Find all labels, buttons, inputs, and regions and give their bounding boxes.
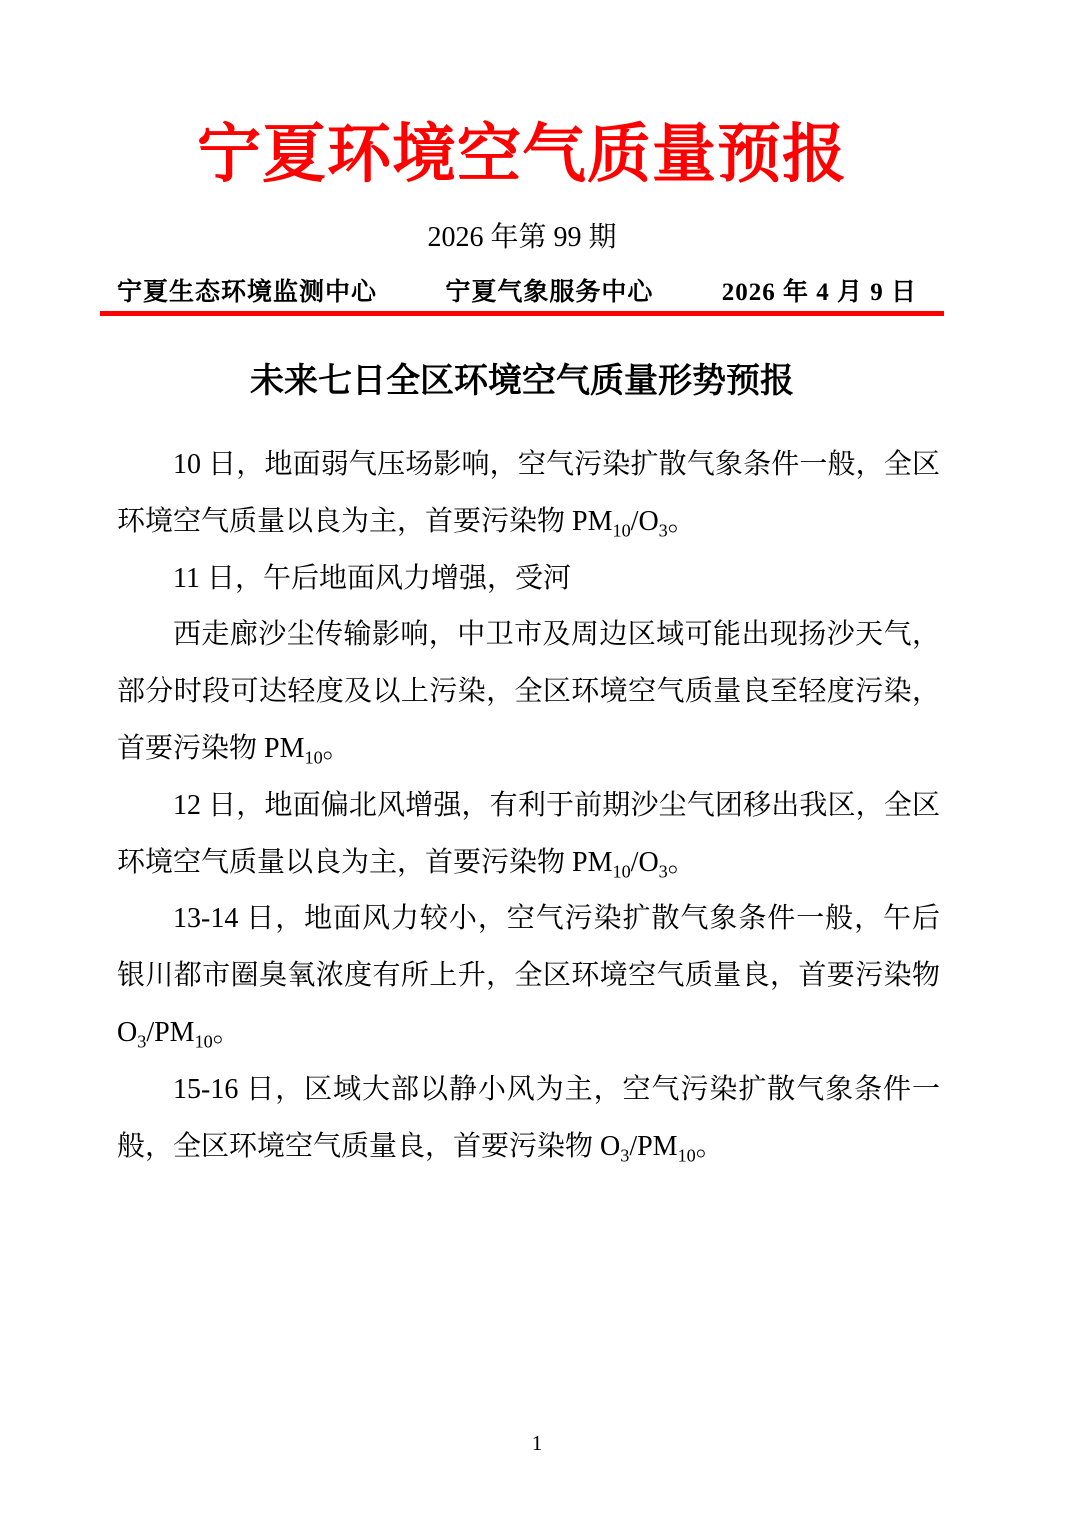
- document-page: 宁夏环境空气质量预报 2026 年第 99 期 宁夏生态环境监测中心 宁夏气象服…: [0, 0, 1074, 1520]
- forecast-paragraph-2: 11 日，午后地面风力增强，受河: [117, 551, 940, 608]
- issue-number: 2026 年第 99 期: [100, 221, 944, 255]
- issue-date: 2026 年 4 月 9 日: [722, 277, 917, 308]
- red-rule-divider: [100, 311, 944, 316]
- masthead: 宁夏生态环境监测中心 宁夏气象服务中心 2026 年 4 月 9 日: [100, 277, 944, 308]
- forecast-paragraph-3: 西走廊沙尘传输影响，中卫市及周边区域可能出现扬沙天气，部分时段可达轻度及以上污染…: [117, 607, 940, 777]
- forecast-paragraph-6: 15-16 日，区域大部以静小风为主，空气污染扩散气象条件一般，全区环境空气质量…: [117, 1062, 940, 1176]
- issuing-org-left: 宁夏生态环境监测中心: [117, 277, 377, 308]
- forecast-paragraph-5: 13-14 日，地面风力较小，空气污染扩散气象条件一般，午后银川都市圈臭氧浓度有…: [117, 891, 940, 1061]
- forecast-paragraph-1: 10 日，地面弱气压场影响，空气污染扩散气象条件一般，全区环境空气质量以良为主，…: [117, 437, 940, 551]
- forecast-body: 10 日，地面弱气压场影响，空气污染扩散气象条件一般，全区环境空气质量以良为主，…: [117, 437, 940, 1175]
- issuing-org-center: 宁夏气象服务中心: [445, 277, 653, 308]
- forecast-paragraph-4: 12 日，地面偏北风增强，有利于前期沙尘气团移出我区，全区环境空气质量以良为主，…: [117, 778, 940, 892]
- document-title: 宁夏环境空气质量预报: [100, 119, 944, 191]
- section-heading: 未来七日全区环境空气质量形势预报: [100, 360, 944, 402]
- page-number: 1: [0, 1430, 1074, 1456]
